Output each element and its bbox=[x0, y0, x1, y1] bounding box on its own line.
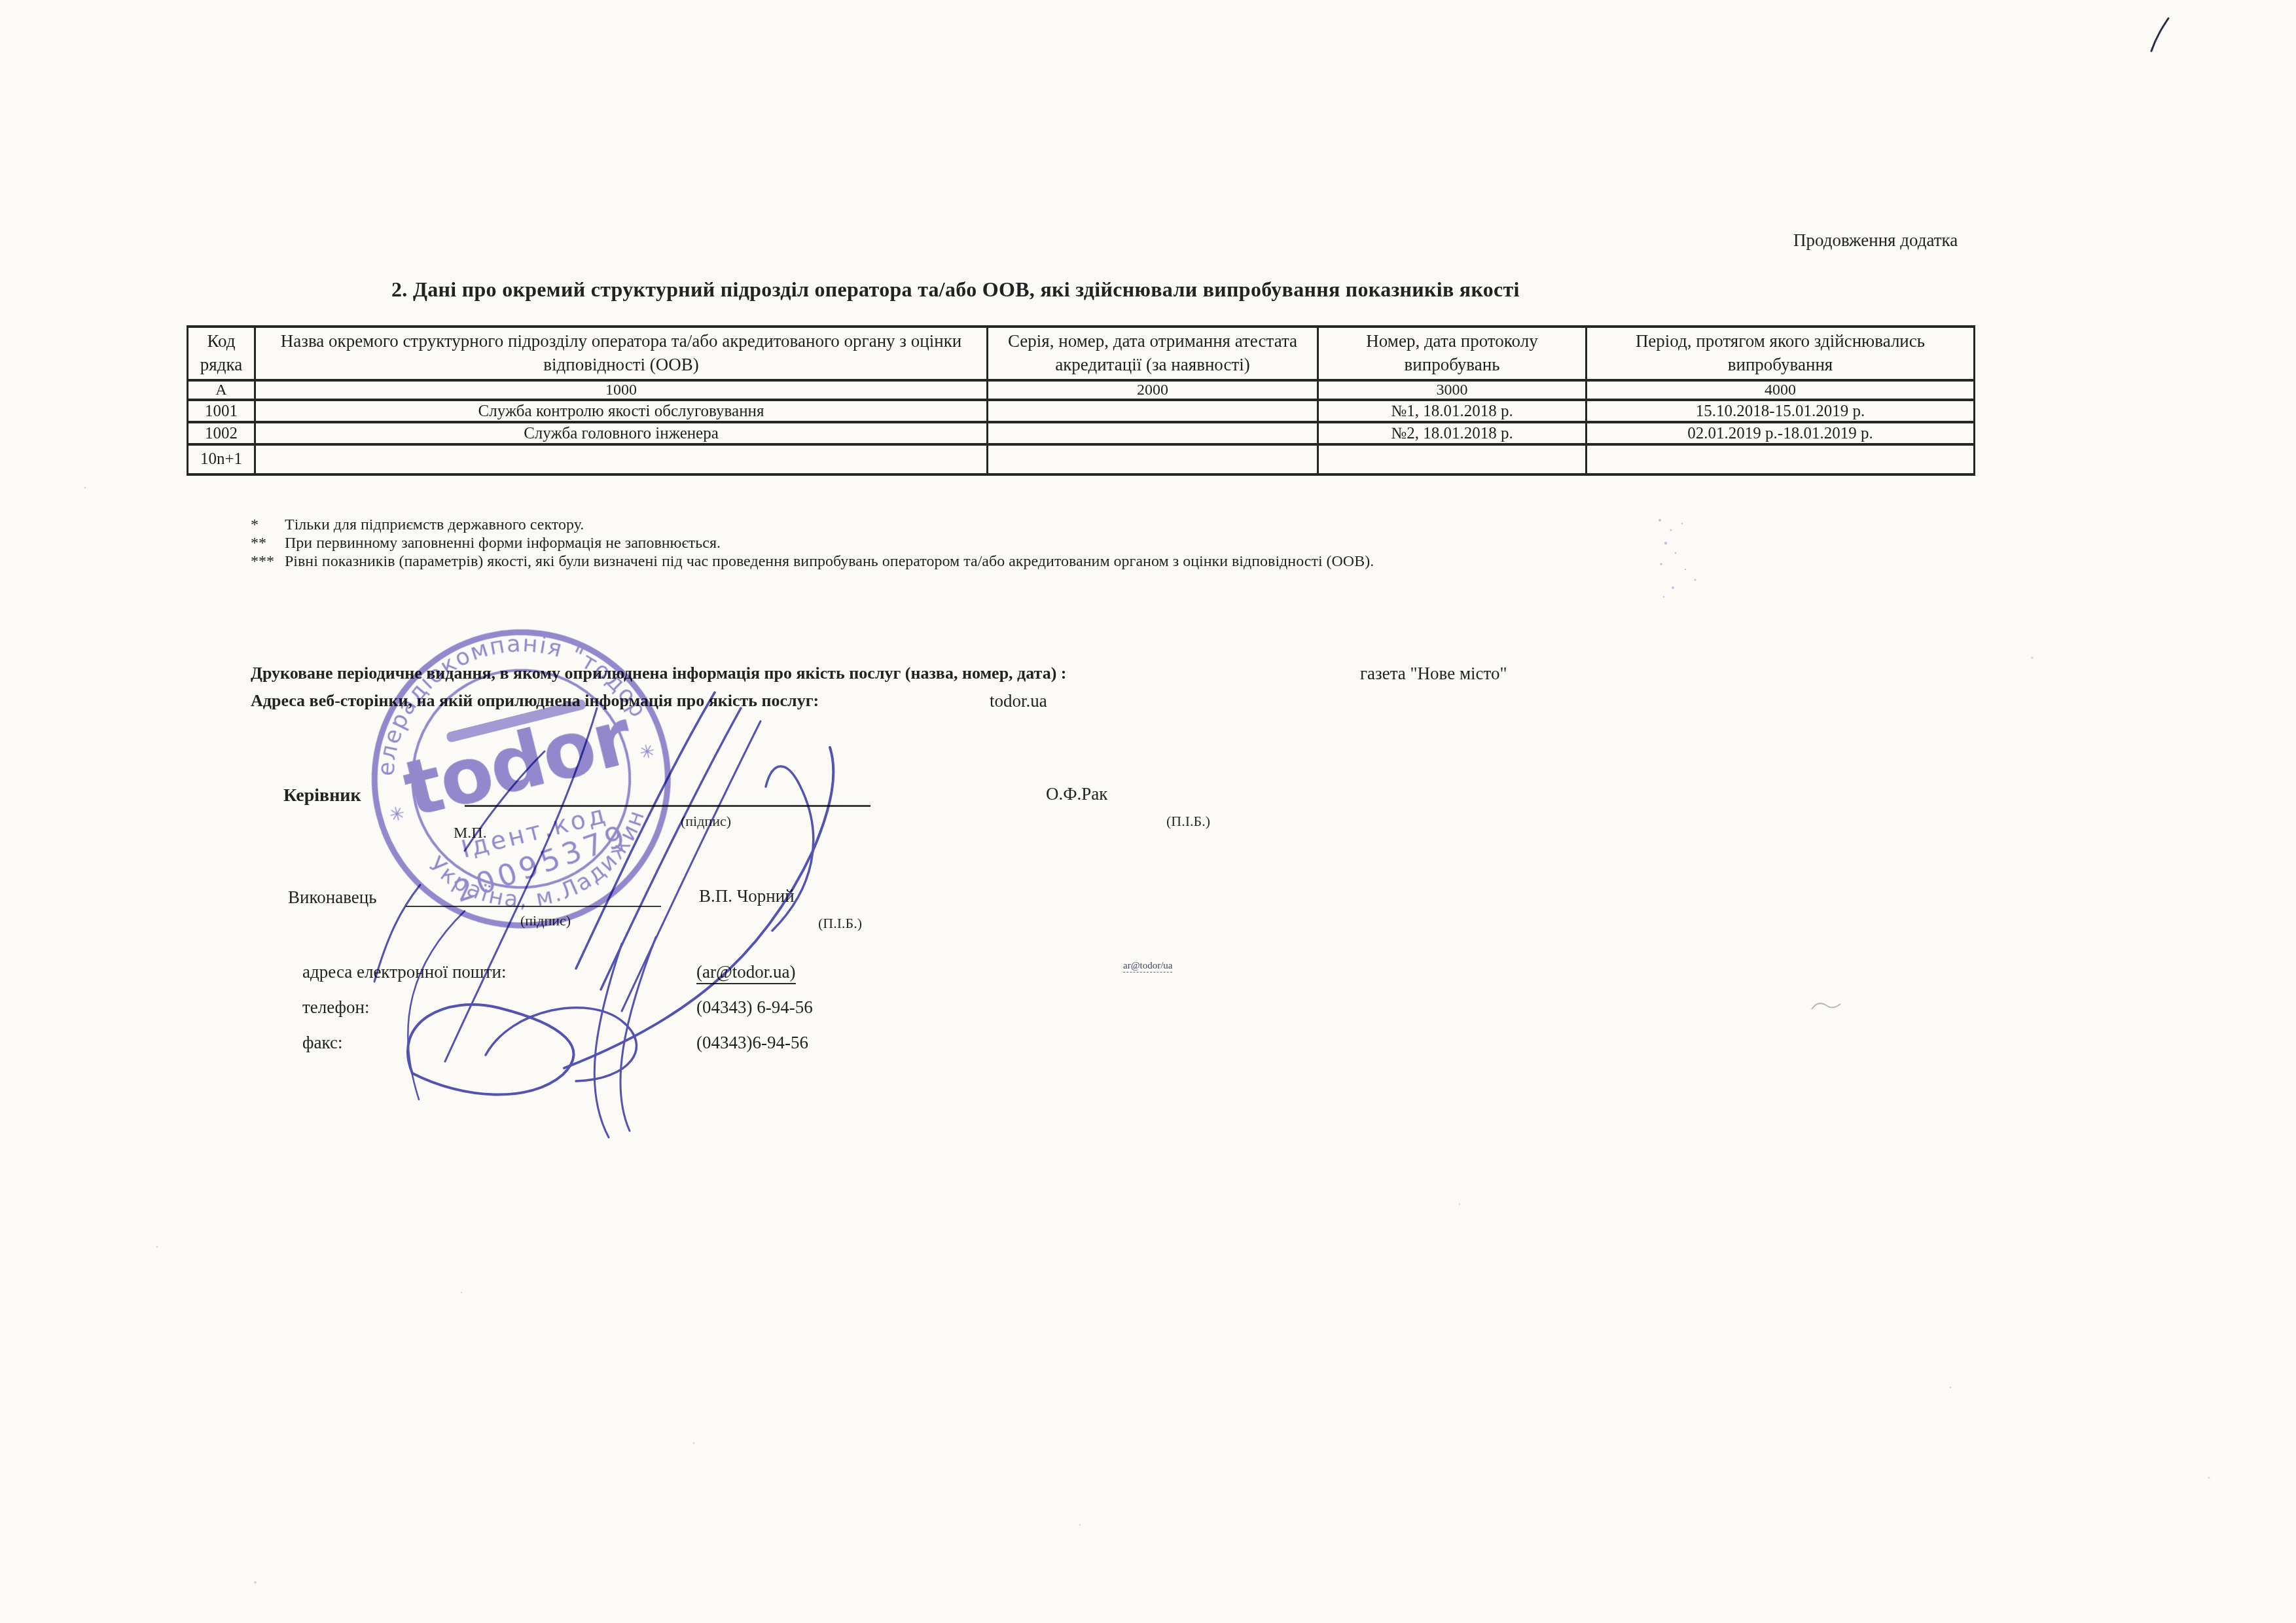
cell-name: 1000 bbox=[255, 380, 988, 400]
gray-squiggle bbox=[1812, 1003, 1840, 1009]
cell-protocol: №1, 18.01.2018 р. bbox=[1318, 400, 1587, 422]
cell-code: 1002 bbox=[188, 422, 255, 444]
col-header-protocol: Номер, дата протоколу випробувань bbox=[1318, 327, 1587, 380]
cell-code: 1001 bbox=[188, 400, 255, 422]
section-title: 2. Дані про окремий структурний підрозді… bbox=[391, 277, 1520, 302]
print-edition-value: газета "Нове місто" bbox=[1360, 664, 1507, 684]
col-header-period: Період, протягом якого здійснювались вип… bbox=[1587, 327, 1975, 380]
footnote: *Тільки для підприємств державного секто… bbox=[251, 516, 1374, 534]
footnote: **При первинному заповненні форми інформ… bbox=[251, 534, 1374, 552]
cell-series: 2000 bbox=[988, 380, 1318, 400]
table-row: 1001 Служба контролю якості обслуговуван… bbox=[188, 400, 1975, 422]
stamp-ink-speckles bbox=[1659, 519, 1696, 597]
cell-series bbox=[988, 400, 1318, 422]
col-header-name: Назва окремого структурного підрозділу о… bbox=[255, 327, 988, 380]
cell-series bbox=[988, 444, 1318, 474]
cell-name: Служба контролю якості обслуговування bbox=[255, 400, 988, 422]
pen-signatures bbox=[314, 654, 890, 1152]
email-note: ar@todor/ua bbox=[1123, 961, 1172, 972]
web-address-value: todor.ua bbox=[990, 691, 1047, 711]
cell-period: 4000 bbox=[1587, 380, 1975, 400]
cell-period: 15.10.2018-15.01.2019 р. bbox=[1587, 400, 1975, 422]
table-header-row: Код рядка Назва окремого структурного пі… bbox=[188, 327, 1975, 380]
footnote: ***Рівні показників (параметрів) якості,… bbox=[251, 552, 1374, 571]
cell-period bbox=[1587, 444, 1975, 474]
cell-period: 02.01.2019 р.-18.01.2019 р. bbox=[1587, 422, 1975, 444]
col-header-series: Серія, номер, дата отримання атестата ак… bbox=[988, 327, 1318, 380]
cell-protocol: №2, 18.01.2018 р. bbox=[1318, 422, 1587, 444]
table-row: 1002 Служба головного інженера №2, 18.01… bbox=[188, 422, 1975, 444]
cell-protocol bbox=[1318, 444, 1587, 474]
pen-mark-top-right bbox=[2151, 18, 2168, 51]
cell-code: 10n+1 bbox=[188, 444, 255, 474]
cell-code: А bbox=[188, 380, 255, 400]
head-name-caption: (П.І.Б.) bbox=[1166, 813, 1210, 830]
table-row: А 1000 2000 3000 4000 bbox=[188, 380, 1975, 400]
scanned-document-page: Продовження додатка 2. Дані про окремий … bbox=[0, 0, 2296, 1623]
table-row: 10n+1 bbox=[188, 444, 1975, 474]
cell-series bbox=[988, 422, 1318, 444]
cell-name bbox=[255, 444, 988, 474]
cell-protocol: 3000 bbox=[1318, 380, 1587, 400]
footnotes: *Тільки для підприємств державного секто… bbox=[251, 516, 1374, 571]
head-name: О.Ф.Рак bbox=[1046, 784, 1107, 804]
cell-name: Служба головного інженера bbox=[255, 422, 988, 444]
col-header-code: Код рядка bbox=[188, 327, 255, 380]
continuation-note: Продовження додатка bbox=[1793, 230, 1958, 251]
quality-subdivisions-table: Код рядка Назва окремого структурного пі… bbox=[187, 325, 1975, 476]
